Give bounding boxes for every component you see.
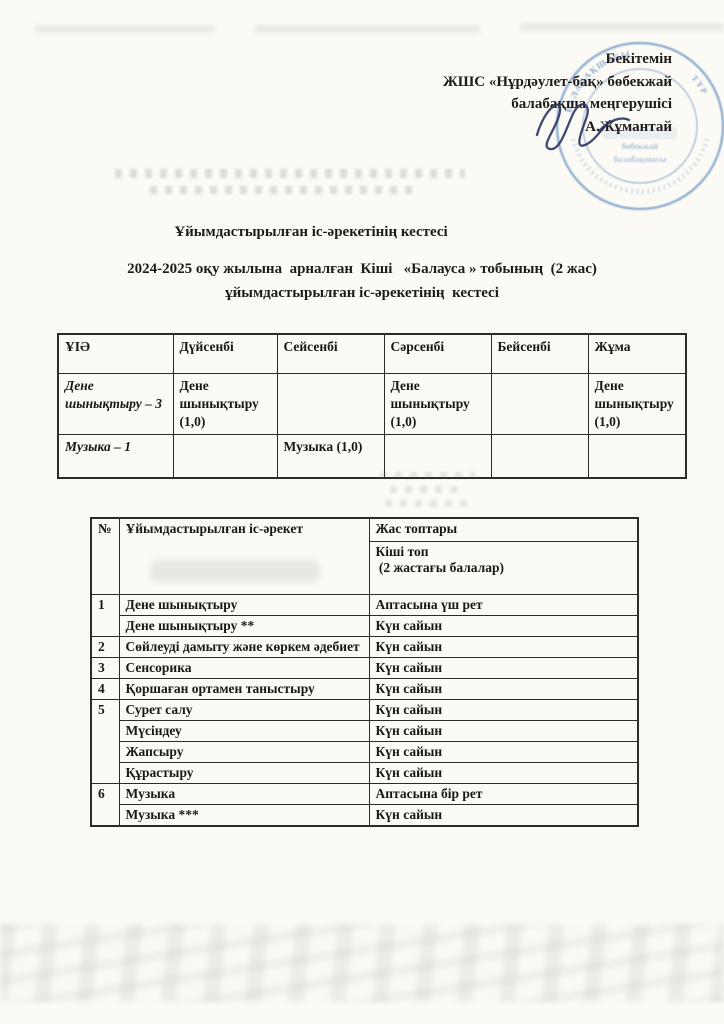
table-row: Құрастыру Күн сайын — [91, 763, 638, 784]
activity-cell: Дене шынықтыру ** — [119, 616, 369, 637]
activity-cell: Музыка — [119, 784, 369, 805]
col-header-tuesday: Сейсенбі — [277, 334, 384, 374]
frequency-cell: Күн сайын — [369, 721, 638, 742]
subtitle-line-1: 2024-2025 оқу жылына арналған Кіші «Бала… — [0, 257, 724, 281]
activity-label-cell: Дене шынықтыру – 3 — [58, 374, 173, 435]
frequency-cell: Күн сайын — [369, 658, 638, 679]
scan-noise-band — [0, 924, 724, 1002]
schedule-cell: Дене шынықтыру (1,0) — [588, 374, 686, 435]
frequency-cell: Күн сайын — [369, 700, 638, 721]
approval-line: Бекітемін — [330, 48, 672, 71]
schedule-cell — [491, 374, 588, 435]
row-number-cell: 4 — [91, 679, 119, 700]
signature-stroke — [537, 104, 629, 149]
table-row: 6 Музыка Аптасына бір рет — [91, 784, 638, 805]
activity-cell: Мүсіндеу — [119, 721, 369, 742]
col-header-wednesday: Сәрсенбі — [384, 334, 491, 374]
frequency-cell: Күн сайын — [369, 616, 638, 637]
activity-label-cell: Музыка – 1 — [58, 435, 173, 479]
schedule-cell: Дене шынықтыру (1,0) — [173, 374, 277, 435]
stamp-center-text: балабақшасы — [614, 154, 667, 164]
ghost-text-artifact — [150, 186, 420, 194]
activity-cell: Дене шынықтыру — [119, 595, 369, 616]
row-number-cell: 2 — [91, 637, 119, 658]
row-number-cell: 5 — [91, 700, 119, 784]
weekly-schedule-table: ҰІӘ Дүйсенбі Сейсенбі Сәрсенбі Бейсенбі … — [57, 333, 685, 479]
frequency-cell: Күн сайын — [369, 742, 638, 763]
schedule-cell — [173, 435, 277, 479]
approval-line: ЖШС «Нұрдәулет-бақ» бөбекжай — [330, 71, 672, 94]
table-row: 4 Қоршаған ортамен таныстыру Күн сайын — [91, 679, 638, 700]
activity-cell: Сурет салу — [119, 700, 369, 721]
table-row: 1 Дене шынықтыру Аптасына үш рет — [91, 595, 638, 616]
activity-cell: Музыка *** — [119, 805, 369, 827]
page-subtitle: 2024-2025 оқу жылына арналған Кіші «Бала… — [0, 257, 724, 305]
frequency-cell: Күн сайын — [369, 763, 638, 784]
weekly-header-row: ҰІӘ Дүйсенбі Сейсенбі Сәрсенбі Бейсенбі … — [58, 334, 686, 374]
table-row: Дене шынықтыру – 3 Дене шынықтыру (1,0) … — [58, 374, 686, 435]
activity-cell: Сенсорика — [119, 658, 369, 679]
schedule-cell: Дене шынықтыру (1,0) — [384, 374, 491, 435]
table-row: 2 Сөйлеуді дамыту және көркем әдебиет Кү… — [91, 637, 638, 658]
ghost-text-artifact — [115, 169, 465, 178]
scan-smudge — [35, 26, 215, 36]
schedule-cell — [491, 435, 588, 479]
table-row: Мүсіндеу Күн сайын — [91, 721, 638, 742]
ghost-text-artifact — [380, 472, 475, 479]
row-number-cell: 6 — [91, 784, 119, 827]
table-row: Музыка – 1 Музыка (1,0) — [58, 435, 686, 479]
frequency-cell: Аптасына үш рет — [369, 595, 638, 616]
table-row: 5 Сурет салу Күн сайын — [91, 700, 638, 721]
table-row: Дене шынықтыру ** Күн сайын — [91, 616, 638, 637]
row-number-cell: 1 — [91, 595, 119, 637]
schedule-cell: Музыка (1,0) — [277, 435, 384, 479]
page-title: Ұйымдастырылған іс-әрекетінің кестесі — [0, 224, 622, 241]
age-group-name: Кіші топ — [376, 544, 632, 560]
age-group-detail: (2 жастағы балалар) — [376, 560, 632, 576]
scan-smudge — [150, 560, 320, 582]
col-header-friday: Жұма — [588, 334, 686, 374]
col-header-number: № — [91, 518, 119, 595]
table-row: 3 Сенсорика Күн сайын — [91, 658, 638, 679]
col-header-activity: Ұйымдастырылған іс-әрекет — [119, 518, 369, 595]
age-group-cell: Кіші топ (2 жастағы балалар) — [369, 542, 638, 595]
frequency-cell: Күн сайын — [369, 805, 638, 827]
subtitle-line-2: ұйымдастырылған іс-әрекетінің кестесі — [0, 281, 724, 305]
activity-cell: Құрастыру — [119, 763, 369, 784]
frequency-cell: Күн сайын — [369, 679, 638, 700]
schedule-cell — [277, 374, 384, 435]
col-header-monday: Дүйсенбі — [173, 334, 277, 374]
table-row: Музыка *** Күн сайын — [91, 805, 638, 827]
col-header-age-groups: Жас топтары — [369, 518, 638, 542]
ghost-text-artifact — [385, 500, 475, 507]
scan-smudge — [255, 26, 480, 37]
signature — [531, 95, 635, 153]
frequency-cell: Аптасына бір рет — [369, 784, 638, 805]
activity-cell: Жапсыру — [119, 742, 369, 763]
col-header-thursday: Бейсенбі — [491, 334, 588, 374]
table-row: Жапсыру Күн сайын — [91, 742, 638, 763]
document-page: БАЛАБАҚШАСЫ ТҮР бөбекжай балабақшасы Бек… — [0, 0, 724, 1024]
row-number-cell: 3 — [91, 658, 119, 679]
frequency-cell: Күн сайын — [369, 637, 638, 658]
activities-header-row: № Ұйымдастырылған іс-әрекет Жас топтары — [91, 518, 638, 542]
schedule-cell — [588, 435, 686, 479]
ghost-text-artifact — [390, 486, 460, 493]
activity-cell: Қоршаған ортамен таныстыру — [119, 679, 369, 700]
col-header-uia: ҰІӘ — [58, 334, 173, 374]
activity-cell: Сөйлеуді дамыту және көркем әдебиет — [119, 637, 369, 658]
